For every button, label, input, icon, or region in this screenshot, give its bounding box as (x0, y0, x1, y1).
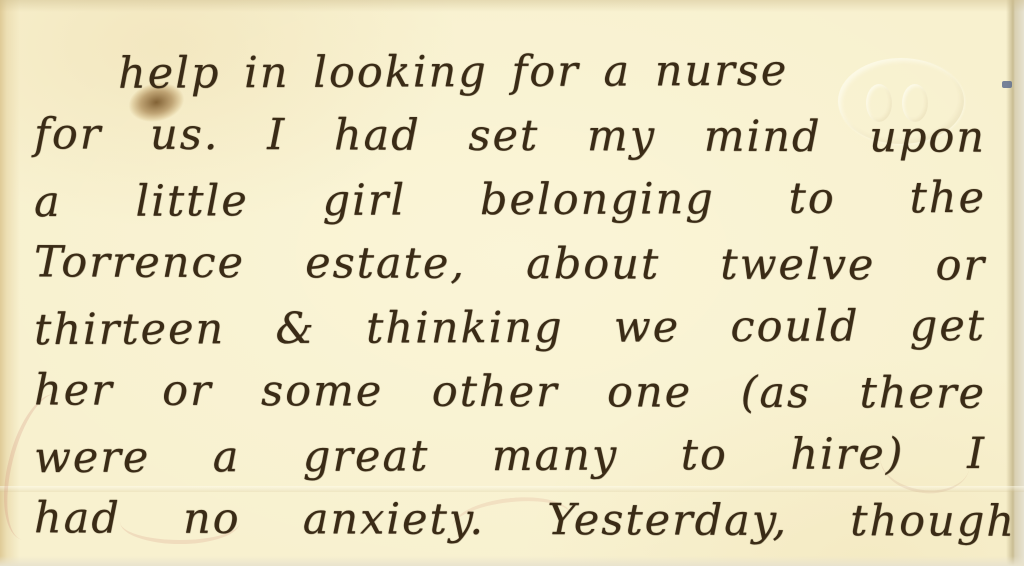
handwritten-line: Torrence estate, about twelve or (34, 230, 986, 297)
page-bottom-edge (0, 556, 1024, 566)
page-left-edge (0, 0, 20, 566)
letter-page: help in looking for a nurse for us. I ha… (0, 0, 1024, 566)
handwriting-block: help in looking for a nurse for us. I ha… (34, 40, 986, 552)
handwritten-line: thirteen & thinking we could get (34, 294, 986, 362)
handwritten-line: had no anxiety. Yesterday, though (34, 486, 1016, 553)
handwritten-line: a little girl belonging to the (34, 166, 986, 234)
handwritten-line: her or some other one (as there (34, 358, 986, 425)
handwritten-line: for us. I had set my mind upon (34, 102, 986, 169)
handwritten-line: help in looking for a nurse (34, 38, 986, 106)
page-top-edge (0, 0, 1024, 12)
blue-fiber-speck (1002, 81, 1012, 88)
handwritten-line: were a great many to hire) I (34, 422, 986, 490)
